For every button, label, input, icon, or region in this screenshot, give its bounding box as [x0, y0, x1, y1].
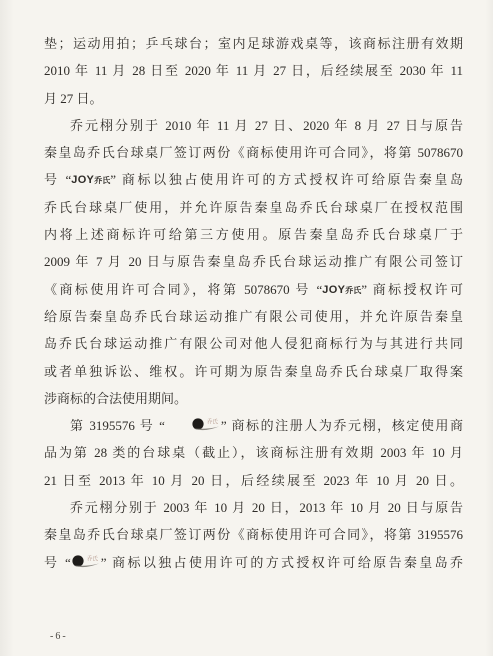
document-line: 给原告秦皇岛乔氏台球运动推广有限公司使用，并允许原告秦皇: [44, 303, 463, 330]
document-text: ” 商标以独占使用许可的方式授权许可给原告秦皇岛乔: [101, 555, 463, 570]
document-text: ” 商标授权许可: [361, 282, 463, 297]
document-text: 《商标使用许可合同》，将第 5078670 号 “: [44, 282, 322, 297]
document-line: 涉商标的合法使用期间。: [44, 385, 463, 412]
joy-trademark-logo: JOY乔氏: [322, 276, 361, 303]
document-lines: 垫；运动用拍；乒乓球台；室内足球游戏桌等，该商标注册有效期2010 年 11 月…: [44, 30, 463, 576]
document-line: 第 3195576 号 “乔氏” 商标的注册人为乔元栩，核定使用商: [44, 412, 463, 439]
joy-trademark-logo: JOY乔氏: [71, 166, 110, 193]
document-text: ” 商标以独占使用许可的方式授权许可给原告秦皇岛: [110, 172, 463, 187]
joy-logo-chinese-text: 乔氏: [345, 286, 361, 295]
document-line: 或者单独诉讼、维权。许可期为原告秦皇岛乔氏台球桌厂取得案: [44, 358, 463, 385]
document-line: 乔氏台球桌厂使用，并允许原告秦皇岛乔氏台球桌厂在授权范围: [44, 194, 463, 221]
document-text: 涉商标的合法使用期间。: [44, 391, 187, 406]
document-text: 21 日至 2013 年 10 月 20 日，后经续展至 2023 年 10 月…: [44, 473, 463, 488]
svg-text:乔氏: 乔氏: [87, 554, 99, 562]
joy-logo-latin-text: JOY: [71, 174, 94, 186]
document-text: 岛乔氏台球运动推广有限公司对他人侵犯商标行为与其进行共同: [44, 336, 463, 351]
document-line: 号 “乔氏” 商标以独占使用许可的方式授权许可给原告秦皇岛乔: [44, 549, 463, 576]
document-line: 21 日至 2013 年 10 月 20 日，后经续展至 2023 年 10 月…: [44, 467, 463, 494]
document-line: 2009 年 7 月 20 日与原告秦皇岛乔氏台球运动推广有限公司签订: [44, 248, 463, 275]
scanned-court-document-page: 垫；运动用拍；乒乓球台；室内足球游戏桌等，该商标注册有效期2010 年 11 月…: [0, 0, 493, 656]
document-text: 2009 年 7 月 20 日与原告秦皇岛乔氏台球运动推广有限公司签订: [44, 254, 463, 269]
document-line: 号 “JOY乔氏” 商标以独占使用许可的方式授权许可给原告秦皇岛: [44, 166, 463, 193]
joy-logo-chinese-text: 乔氏: [94, 176, 110, 185]
qiaoshi-billiard-ball-trademark-logo: 乔氏: [165, 412, 221, 439]
document-line: 乔元栩分别于 2003 年 10 月 20 日，2013 年 10 月 20 日…: [44, 494, 463, 521]
document-text: 乔氏台球桌厂使用，并允许原告秦皇岛乔氏台球桌厂在授权范围: [44, 200, 463, 215]
document-line: 垫；运动用拍；乒乓球台；室内足球游戏桌等，该商标注册有效期: [44, 30, 463, 57]
document-line: 《商标使用许可合同》，将第 5078670 号 “JOY乔氏” 商标授权许可: [44, 276, 463, 303]
document-line: 秦皇岛乔氏台球桌厂签订两份《商标使用许可合同》，将第 5078670: [44, 139, 463, 166]
document-text: 月 27 日。: [44, 91, 103, 106]
billiard-ball-cue-icon: 乔氏: [191, 417, 221, 433]
document-line: 月 27 日。: [44, 85, 463, 112]
document-text: ” 商标的注册人为乔元栩，核定使用商: [221, 418, 463, 433]
document-text: 秦皇岛乔氏台球桌厂签订两份《商标使用许可合同》，将第 3195576: [44, 527, 463, 542]
document-line: 内将上述商标许可给第三方使用。原告秦皇岛乔氏台球桌厂于: [44, 221, 463, 248]
billiard-ball-cue-icon: 乔氏: [71, 554, 101, 570]
document-text: 第 3195576 号 “: [70, 418, 165, 433]
document-text: 乔元栩分别于 2003 年 10 月 20 日，2013 年 10 月 20 日…: [70, 500, 463, 515]
document-line: 乔元栩分别于 2010 年 11 月 27 日、2020 年 8 月 27 日与…: [44, 112, 463, 139]
document-text: 内将上述商标许可给第三方使用。原告秦皇岛乔氏台球桌厂于: [44, 227, 463, 242]
document-text: 号 “: [44, 172, 71, 187]
document-text: 号 “: [44, 555, 71, 570]
document-line: 品为第 28 类的台球桌（截止），该商标注册有效期 2003 年 10 月: [44, 439, 463, 466]
svg-text:乔氏: 乔氏: [207, 418, 219, 426]
document-text: 给原告秦皇岛乔氏台球运动推广有限公司使用，并允许原告秦皇: [44, 309, 463, 324]
document-text: 秦皇岛乔氏台球桌厂签订两份《商标使用许可合同》，将第 5078670: [44, 145, 463, 160]
document-text: 垫；运动用拍；乒乓球台；室内足球游戏桌等，该商标注册有效期: [44, 36, 463, 51]
page-number: -6-: [50, 631, 68, 642]
document-line: 2010 年 11 月 28 日至 2020 年 11 月 27 日，后经续展至…: [44, 57, 463, 84]
document-line: 岛乔氏台球运动推广有限公司对他人侵犯商标行为与其进行共同: [44, 330, 463, 357]
qiaoshi-billiard-ball-trademark-logo: 乔氏: [71, 549, 101, 576]
document-text: 品为第 28 类的台球桌（截止），该商标注册有效期 2003 年 10 月: [44, 445, 463, 460]
document-text: 乔元栩分别于 2010 年 11 月 27 日、2020 年 8 月 27 日与…: [70, 118, 463, 133]
document-text: 或者单独诉讼、维权。许可期为原告秦皇岛乔氏台球桌厂取得案: [44, 364, 463, 379]
document-line: 秦皇岛乔氏台球桌厂签订两份《商标使用许可合同》，将第 3195576: [44, 521, 463, 548]
document-text: 2010 年 11 月 28 日至 2020 年 11 月 27 日，后经续展至…: [44, 63, 463, 78]
joy-logo-latin-text: JOY: [322, 284, 345, 296]
